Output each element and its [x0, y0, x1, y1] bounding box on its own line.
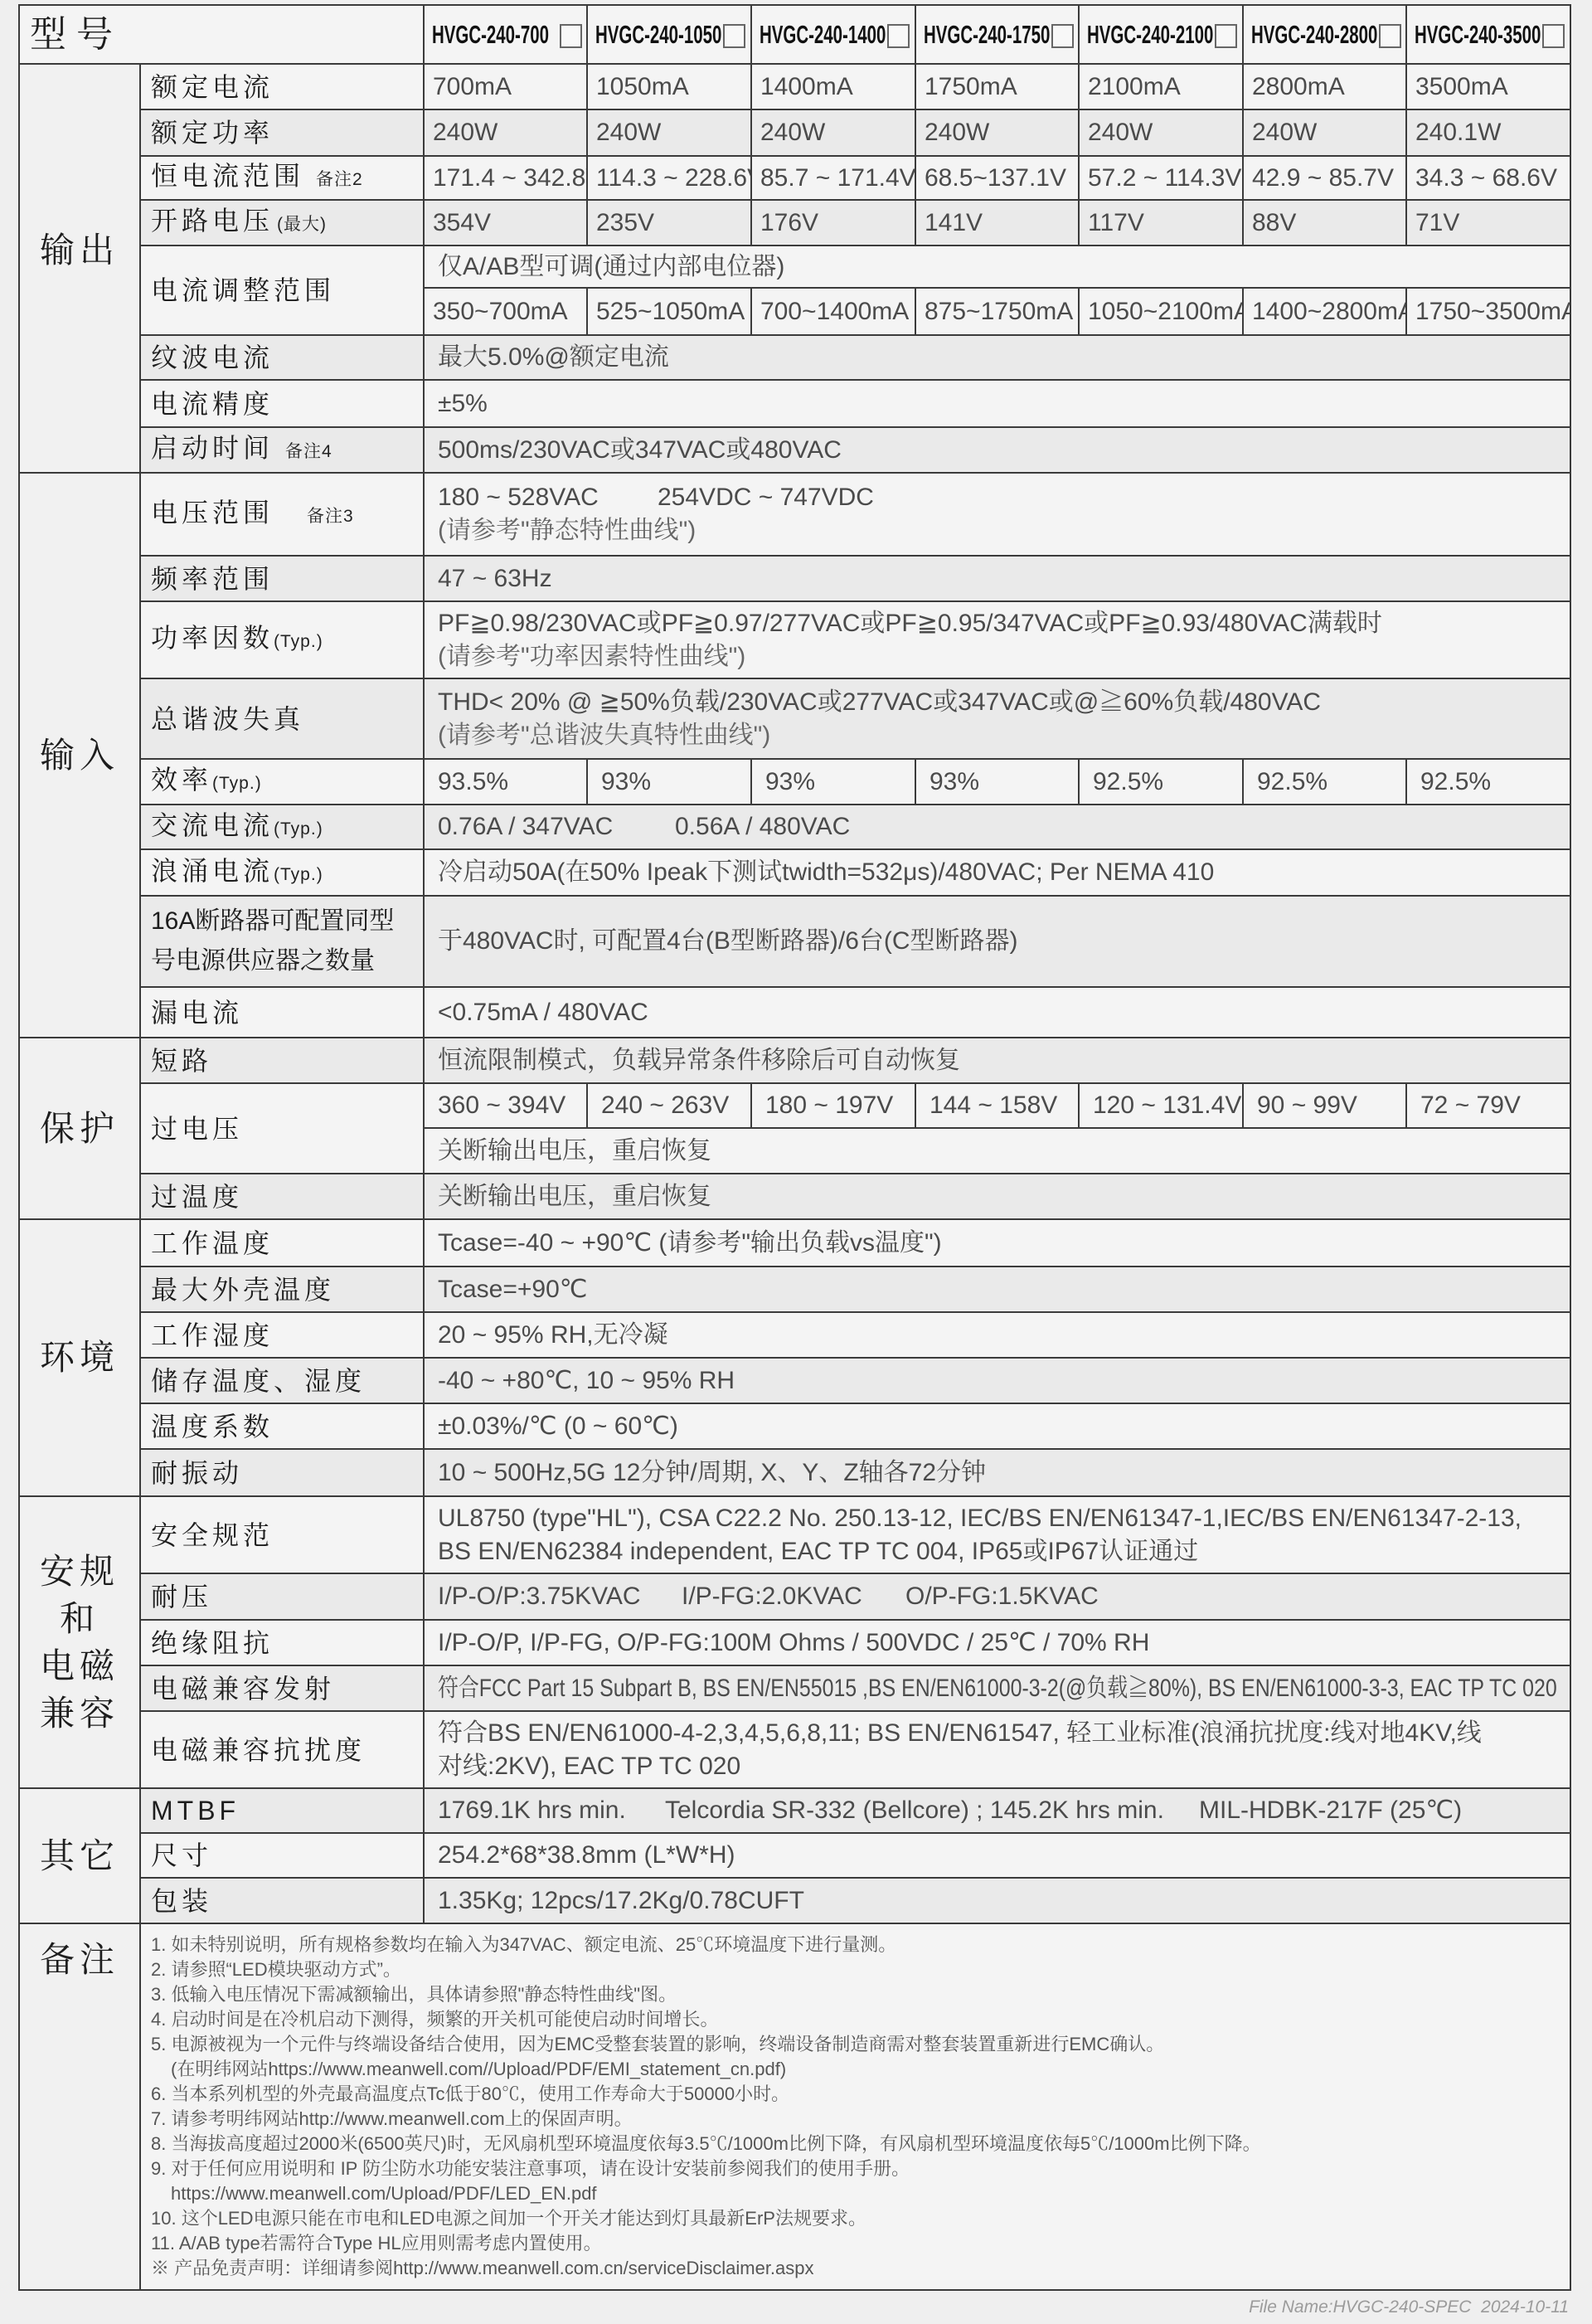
model-name: HVGC-240-1750 — [924, 21, 1050, 49]
model-cell: HVGC-240-3500 — [1406, 5, 1570, 64]
model-cell: HVGC-240-2100 — [1079, 5, 1243, 64]
section-notes: 备注 — [19, 1923, 140, 2290]
label-text: 额定功率 — [151, 118, 274, 148]
note-line: ※ 产品免责声明：详细请参阅http://www.meanwell.com.cn… — [151, 2256, 1570, 2281]
value-cell: 88V — [1243, 200, 1406, 246]
model-cell: HVGC-240-1750 — [915, 5, 1079, 64]
value-cell: 34.3 ~ 68.6V — [1406, 156, 1570, 200]
row-withstand-voltage: 耐压 I/P-O/P:3.75KVACI/P-FG:2.0KVACO/P-FG:… — [19, 1573, 1570, 1620]
value-cell: 2100mA — [1079, 64, 1243, 109]
value-cell: 180 ~ 197V — [751, 1083, 915, 1128]
value-cell: 180 ~ 528VAC254VDC ~ 747VDC (请参考"静态特性曲线"… — [424, 473, 1570, 556]
label-text: 效率 — [151, 765, 212, 795]
label-text: 交流电流 — [151, 810, 274, 840]
model-suffix-box-icon — [1215, 24, 1237, 48]
section-title-line: 和 — [20, 1595, 139, 1642]
value-cell: 360 ~ 394V — [424, 1083, 587, 1128]
row-label: 包装 — [140, 1878, 424, 1923]
value-cell: 93.5% — [424, 759, 587, 805]
model-suffix-box-icon — [1542, 24, 1565, 48]
value-cell: 85.7 ~ 171.4V — [751, 156, 915, 200]
label-text: 浪涌电流 — [151, 856, 274, 886]
row-label: 功率因数(Typ.) — [140, 601, 424, 678]
value-cell: ±0.03%/℃ (0 ~ 60℃) — [424, 1403, 1570, 1449]
note-text: 3. 低输入电压情况下需减额输出，具体请参照"静态特性曲线"图。 — [151, 1984, 677, 2005]
value-cell: 117V — [1079, 200, 1243, 246]
ac-current-347: 0.76A / 347VAC — [438, 813, 675, 841]
value-cell: 114.3 ~ 228.6V — [587, 156, 751, 200]
label-text: 耐压 — [151, 1582, 212, 1612]
row-over-voltage-values: 过电压 360 ~ 394V 240 ~ 263V 180 ~ 197V 144… — [19, 1083, 1570, 1128]
section-others: 其它 — [19, 1788, 140, 1923]
value-cell: 525~1050mA — [587, 288, 751, 335]
value-cell: UL8750 (type"HL"), CSA C22.2 No. 250.13-… — [424, 1496, 1570, 1573]
label-text: 最大外壳温度 — [151, 1275, 335, 1305]
row-label: 额定功率 — [140, 109, 424, 156]
value-cell: 235V — [587, 200, 751, 246]
label-text: 温度系数 — [151, 1412, 274, 1442]
label-note: 备注2 — [316, 170, 363, 189]
value-cell: 恒流限制模式，负载异常条件移除后可自动恢复 — [424, 1038, 1570, 1083]
row-label: 额定电流 — [140, 64, 424, 109]
label-note: (Typ.) — [212, 774, 262, 793]
row-short-circuit: 保护 短路 恒流限制模式，负载异常条件移除后可自动恢复 — [19, 1038, 1570, 1083]
label-text: 电流调整范围 — [151, 275, 335, 305]
row-label: 工作湿度 — [140, 1312, 424, 1358]
section-environment: 环境 — [19, 1219, 140, 1496]
row-label: 储存温度、湿度 — [140, 1358, 424, 1403]
value-cell: 354V — [424, 200, 587, 246]
model-name: HVGC-240-1400 — [760, 21, 886, 49]
label-text: 工作温度 — [151, 1228, 274, 1258]
reference-note: (请参考"总谐波失真特性曲线") — [438, 719, 1570, 752]
note-text: ) — [780, 2059, 786, 2079]
value-cell: 72 ~ 79V — [1406, 1083, 1570, 1128]
value-cell: 关断输出电压，重启恢复 — [424, 1174, 1570, 1219]
row-notes: 备注 1. 如未特别说明，所有规格参数均在输入为347VAC、额定电流、25℃环… — [19, 1923, 1570, 2290]
notes-cell: 1. 如未特别说明，所有规格参数均在输入为347VAC、额定电流、25℃环境温度… — [140, 1923, 1570, 2290]
value-cell: 68.5~137.1V — [915, 156, 1079, 200]
note-line: 1. 如未特别说明，所有规格参数均在输入为347VAC、额定电流、25℃环境温度… — [151, 1933, 1570, 1957]
label-note: (最大) — [277, 215, 327, 234]
value-line: 180 ~ 528VAC254VDC ~ 747VDC — [438, 481, 1570, 514]
label-note: 备注3 — [307, 507, 354, 526]
label-text: 电压范围 — [151, 498, 274, 528]
row-label: 交流电流(Typ.) — [140, 805, 424, 849]
section-title: 保护 — [40, 1109, 119, 1148]
value-cell: 93% — [751, 759, 915, 805]
reference-note: (请参考"功率因素特性曲线") — [438, 640, 1570, 673]
row-label: 尺寸 — [140, 1833, 424, 1878]
value-cell: 冷启动50A(在50% Ipeak下测试twidth=532μs)/480VAC… — [424, 849, 1570, 896]
row-label: 电流精度 — [140, 380, 424, 427]
label-text: 启动时间 — [151, 433, 274, 463]
note-text: 4. 启动时间是在冷机启动下测得，频繁的开关机可能使启动时间增长。 — [151, 2009, 718, 2030]
row-label: 频率范围 — [140, 556, 424, 601]
label-note: (Typ.) — [274, 632, 323, 651]
note-line: 11. A/AB type若需符合Type HL应用则需考虑内置使用。 — [151, 2231, 1570, 2256]
value-cell: 符合BS EN/EN61000-4-2,3,4,5,6,8,11; BS EN/… — [424, 1711, 1570, 1788]
value-cell: 最大5.0%@额定电流 — [424, 335, 1570, 380]
row-label: 效率(Typ.) — [140, 759, 424, 805]
value-cell: <0.75mA / 480VAC — [424, 987, 1570, 1038]
row-temp-coefficient: 温度系数 ±0.03%/℃ (0 ~ 60℃) — [19, 1403, 1570, 1449]
note-text: 8. 当海拔高度超过2000米(6500英尺)时，无风扇机型环境温度依每3.5℃… — [151, 2133, 1261, 2154]
row-label: 电压范围备注3 — [140, 473, 424, 556]
mtbf-mil: MIL-HDBK-217F (25℃) — [1199, 1796, 1462, 1825]
note-line: 5. 电源被视为一个元件与终端设备结合使用，因为EMC受整套装置的影响，终端设备… — [151, 2032, 1570, 2057]
note-text: (在明纬网站 — [171, 2059, 268, 2079]
row-max-case-temp: 最大外壳温度 Tcase=+90℃ — [19, 1267, 1570, 1312]
row-startup-time: 启动时间备注4 500ms/230VAC或347VAC或480VAC — [19, 427, 1570, 473]
value-cell: 1400mA — [751, 64, 915, 109]
row-storage: 储存温度、湿度 -40 ~ +80℃, 10 ~ 95% RH — [19, 1358, 1570, 1403]
note-line: 8. 当海拔高度超过2000米(6500英尺)时，无风扇机型环境温度依每3.5℃… — [151, 2132, 1570, 2156]
value-cell: 350~700mA — [424, 288, 587, 335]
model-header-row: 型号 HVGC-240-700 HVGC-240-1050 HVGC-240-1… — [19, 5, 1570, 64]
model-cell: HVGC-240-1050 — [587, 5, 751, 64]
row-inrush-current: 浪涌电流(Typ.) 冷启动50A(在50% Ipeak下测试twidth=53… — [19, 849, 1570, 896]
value-line: UL8750 (type"HL"), CSA C22.2 No. 250.13-… — [438, 1502, 1570, 1535]
row-rated-power: 额定功率 240W 240W 240W 240W 240W 240W 240.1… — [19, 109, 1570, 156]
section-title: 备注 — [40, 1940, 119, 1979]
row-ac-current: 交流电流(Typ.) 0.76A / 347VAC0.56A / 480VAC — [19, 805, 1570, 849]
value-line: 符合BS EN/EN61000-4-2,3,4,5,6,8,11; BS EN/… — [438, 1717, 1570, 1750]
value-cell: 1050mA — [587, 64, 751, 109]
row-label: 耐振动 — [140, 1449, 424, 1496]
label-text: 储存温度、湿度 — [151, 1366, 366, 1396]
model-suffix-box-icon — [723, 24, 745, 48]
row-over-temperature: 过温度 关断输出电压，重启恢复 — [19, 1174, 1570, 1219]
section-title: 其它 — [40, 1836, 119, 1875]
note-text: 5. 电源被视为一个元件与终端设备结合使用，因为EMC受整套装置的影响，终端设备… — [151, 2034, 1164, 2054]
value-cell: 71V — [1406, 200, 1570, 246]
row-label: 漏电流 — [140, 987, 424, 1038]
value-cell: -40 ~ +80℃, 10 ~ 95% RH — [424, 1358, 1570, 1403]
row-breaker-quantity: 16A断路器可配置同型号电源供应器之数量 于480VAC时, 可配置4台(B型断… — [19, 896, 1570, 987]
row-mtbf: 其它 MTBF 1769.1K hrs min.Telcordia SR-332… — [19, 1788, 1570, 1833]
row-frequency-range: 频率范围 47 ~ 63Hz — [19, 556, 1570, 601]
label-text: 功率因数 — [151, 623, 274, 653]
value-cell: 10 ~ 500Hz,5G 12分钟/周期, X、Y、Z轴各72分钟 — [424, 1449, 1570, 1496]
label-text: 16A断路器可配置同型 — [151, 902, 423, 941]
row-label: 短路 — [140, 1038, 424, 1083]
value-cell: 254.2*68*38.8mm (L*W*H) — [424, 1833, 1570, 1878]
label-text: 号电源供应器之数量 — [151, 941, 423, 981]
note-text: 11. A/AB type若需符合Type HL应用则需考虑内置使用。 — [151, 2233, 602, 2254]
model-label: 型号 — [30, 14, 123, 55]
section-title: 输入 — [40, 736, 119, 775]
label-text: 电流精度 — [151, 389, 274, 419]
value-cell: 92.5% — [1079, 759, 1243, 805]
value-cell: 57.2 ~ 114.3V — [1079, 156, 1243, 200]
note-line: 10. 这个LED电源只能在市电和LED电源之间加一个开关才能达到灯具最新ErP… — [151, 2206, 1570, 2231]
row-cc-range: 恒电流范围备注2 171.4 ~ 342.8V 114.3 ~ 228.6V 8… — [19, 156, 1570, 200]
row-isolation-resistance: 绝缘阻抗 I/P-O/P, I/P-FG, O/P-FG:100M Ohms /… — [19, 1620, 1570, 1665]
note-text: 1. 如未特别说明，所有规格参数均在输入为347VAC、额定电流、25℃环境温度… — [151, 1934, 896, 1955]
label-text: 过电压 — [151, 1114, 243, 1144]
row-label: 耐压 — [140, 1573, 424, 1620]
row-ripple-current: 纹波电流 最大5.0%@额定电流 — [19, 335, 1570, 380]
emi-statement-link[interactable]: https://www.meanwell.com//Upload/PDF/EMI… — [268, 2059, 779, 2079]
value-cell: I/P-O/P:3.75KVACI/P-FG:2.0KVACO/P-FG:1.5… — [424, 1573, 1570, 1620]
row-thd: 总谐波失真 THD< 20% @ ≧50%负载/230VAC或277VAC或34… — [19, 678, 1570, 759]
value-cell: 120 ~ 131.4V — [1079, 1083, 1243, 1128]
value-cell: 关断输出电压，重启恢复 — [424, 1128, 1570, 1174]
label-note: (Typ.) — [274, 819, 323, 839]
mtbf-telcordia: 1769.1K hrs min. — [438, 1796, 665, 1825]
value-cell: 240W — [1243, 109, 1406, 156]
row-label: 最大外壳温度 — [140, 1267, 424, 1312]
value-cell: 仅A/AB型可调(通过内部电位器) — [424, 246, 1570, 288]
value-cell: 141V — [915, 200, 1079, 246]
model-label-cell: 型号 — [19, 5, 424, 64]
value-cell: 92.5% — [1243, 759, 1406, 805]
value-cell: 240 ~ 263V — [587, 1083, 751, 1128]
label-note: (Typ.) — [274, 865, 323, 884]
row-emc-immunity: 电磁兼容抗扰度 符合BS EN/EN61000-4-2,3,4,5,6,8,11… — [19, 1711, 1570, 1788]
label-note: 备注4 — [285, 442, 332, 461]
value-cell: 1750mA — [915, 64, 1079, 109]
withstand-op-fg: O/P-FG:1.5KVAC — [905, 1583, 1099, 1611]
model-name: HVGC-240-2800 — [1251, 21, 1377, 49]
note-text: 2. 请参照“LED模块驱动方式”。 — [151, 1959, 401, 1980]
label-text: 包装 — [151, 1886, 212, 1916]
model-cell: HVGC-240-2800 — [1243, 5, 1406, 64]
value-cell: 93% — [587, 759, 751, 805]
value-line: PF≧0.98/230VAC或PF≧0.97/277VAC或PF≧0.95/34… — [438, 607, 1570, 640]
note-line: 4. 启动时间是在冷机启动下测得，频繁的开关机可能使启动时间增长。 — [151, 2007, 1570, 2032]
value-cell: 240W — [1079, 109, 1243, 156]
model-name: HVGC-240-2100 — [1087, 21, 1213, 49]
value-cell: Tcase=+90℃ — [424, 1267, 1570, 1312]
value-cell: 700~1400mA — [751, 288, 915, 335]
row-safety-standards: 安规 和 电磁 兼容 安全规范 UL8750 (type"HL"), CSA C… — [19, 1496, 1570, 1573]
value-cell: 875~1750mA — [915, 288, 1079, 335]
label-text: 频率范围 — [151, 564, 274, 594]
value-cell: 1050~2100mA — [1079, 288, 1243, 335]
section-title-line: 电磁 — [20, 1642, 139, 1690]
value-cell: 42.9 ~ 85.7V — [1243, 156, 1406, 200]
ac-range: 180 ~ 528VAC — [438, 481, 658, 514]
note-line: 7. 请参考明纬网站http://www.meanwell.com上的保固声明。 — [151, 2107, 1570, 2132]
row-current-accuracy: 电流精度 ±5% — [19, 380, 1570, 427]
note-line: 3. 低输入电压情况下需减额输出，具体请参照"静态特性曲线"图。 — [151, 1982, 1570, 2007]
section-title-line: 安规 — [20, 1548, 139, 1595]
row-rated-current: 输出 额定电流 700mA 1050mA 1400mA 1750mA 2100m… — [19, 64, 1570, 109]
note-text: 9. 对于任何应用说明和 IP 防尘防水功能安装注意事项，请在设计安装前参阅我们… — [151, 2158, 910, 2179]
section-output: 输出 — [19, 64, 140, 473]
model-name: HVGC-240-3500 — [1415, 21, 1541, 49]
value-cell: 92.5% — [1406, 759, 1570, 805]
row-label: 电磁兼容抗扰度 — [140, 1711, 424, 1788]
model-suffix-box-icon — [1379, 24, 1401, 48]
model-name: HVGC-240-700 — [432, 21, 549, 49]
model-cell: HVGC-240-700 — [424, 5, 587, 64]
value-line: THD< 20% @ ≧50%负载/230VAC或277VAC或347VAC或@… — [438, 686, 1570, 719]
label-text: 总谐波失真 — [151, 704, 304, 734]
disclaimer-link[interactable]: http://www.meanwell.com.cn/serviceDiscla… — [393, 2258, 813, 2278]
value-cell: 240W — [424, 109, 587, 156]
dc-range: 254VDC ~ 747VDC — [658, 481, 874, 514]
value-cell: I/P-O/P, I/P-FG, O/P-FG:100M Ohms / 500V… — [424, 1620, 1570, 1665]
label-text: MTBF — [151, 1796, 240, 1826]
row-label: 安全规范 — [140, 1496, 424, 1573]
label-text: 工作湿度 — [151, 1320, 274, 1350]
led-manual-link[interactable]: https://www.meanwell.com/Upload/PDF/LED_… — [171, 2183, 597, 2204]
row-vibration: 耐振动 10 ~ 500Hz,5G 12分钟/周期, X、Y、Z轴各72分钟 — [19, 1449, 1570, 1496]
row-leakage-current: 漏电流 <0.75mA / 480VAC — [19, 987, 1570, 1038]
value-cell: 240W — [915, 109, 1079, 156]
value-cell: 176V — [751, 200, 915, 246]
value-cell: 1.35Kg; 12pcs/17.2Kg/0.78CUFT — [424, 1878, 1570, 1923]
section-input: 输入 — [19, 473, 140, 1038]
value-cell: 240.1W — [1406, 109, 1570, 156]
model-name: HVGC-240-1050 — [595, 21, 721, 49]
row-dimension: 尺寸 254.2*68*38.8mm (L*W*H) — [19, 1833, 1570, 1878]
label-text: 过温度 — [151, 1182, 243, 1212]
row-label: 工作温度 — [140, 1219, 424, 1267]
value-cell: PF≧0.98/230VAC或PF≧0.97/277VAC或PF≧0.95/34… — [424, 601, 1570, 678]
value-cell: 47 ~ 63Hz — [424, 556, 1570, 601]
row-voltage-range: 输入 电压范围备注3 180 ~ 528VAC254VDC ~ 747VDC (… — [19, 473, 1570, 556]
row-label: 开路电压(最大) — [140, 200, 424, 246]
model-cell: HVGC-240-1400 — [751, 5, 915, 64]
label-text: 恒电流范围 — [151, 161, 304, 191]
row-efficiency: 效率(Typ.) 93.5% 93% 93% 93% 92.5% 92.5% 9… — [19, 759, 1570, 805]
note-line: 6. 当本系列机型的外壳最高温度点Tc低于80℃，使用工作寿命大于50000小时… — [151, 2082, 1570, 2107]
section-protection: 保护 — [19, 1038, 140, 1219]
note-line: (在明纬网站https://www.meanwell.com//Upload/P… — [151, 2057, 1570, 2082]
model-suffix-box-icon — [887, 24, 910, 48]
label-text: 电磁兼容发射 — [151, 1674, 335, 1704]
value-cell: 1750~3500mA — [1406, 288, 1570, 335]
value-cell: 171.4 ~ 342.8V — [424, 156, 587, 200]
label-text: 电磁兼容抗扰度 — [151, 1735, 366, 1765]
value-cell: 500ms/230VAC或347VAC或480VAC — [424, 427, 1570, 473]
label-text: 开路电压 — [151, 206, 274, 236]
section-safety-emc: 安规 和 电磁 兼容 — [19, 1496, 140, 1788]
row-label: 纹波电流 — [140, 335, 424, 380]
value-cell: 1400~2800mA — [1243, 288, 1406, 335]
model-suffix-box-icon — [560, 24, 582, 48]
withstand-ip-op: I/P-O/P:3.75KVAC — [438, 1583, 682, 1611]
value-cell: 700mA — [424, 64, 587, 109]
label-text: 漏电流 — [151, 998, 243, 1028]
row-label: 过温度 — [140, 1174, 424, 1219]
label-text: 短路 — [151, 1046, 212, 1076]
label-text: 绝缘阻抗 — [151, 1628, 274, 1658]
value-cell: 240W — [587, 109, 751, 156]
row-current-adj-summary: 电流调整范围 仅A/AB型可调(通过内部电位器) — [19, 246, 1570, 288]
note-text: ※ 产品免责声明：详细请参阅 — [151, 2258, 393, 2278]
row-label: MTBF — [140, 1788, 424, 1833]
value-cell: Tcase=-40 ~ +90℃ (请参考"输出负载vs温度") — [424, 1219, 1570, 1267]
section-title-line: 兼容 — [20, 1690, 139, 1737]
note-text: 7. 请参考明纬网站 — [151, 2108, 298, 2129]
note-text: 10. 这个LED电源只能在市电和LED电源之间加一个开关才能达到灯具最新ErP… — [151, 2208, 866, 2229]
row-working-humidity: 工作湿度 20 ~ 95% RH,无冷凝 — [19, 1312, 1570, 1358]
row-label: 启动时间备注4 — [140, 427, 424, 473]
value-cell: 144 ~ 158V — [915, 1083, 1079, 1128]
row-label: 恒电流范围备注2 — [140, 156, 424, 200]
row-packing: 包装 1.35Kg; 12pcs/17.2Kg/0.78CUFT — [19, 1878, 1570, 1923]
label-text: 额定电流 — [151, 72, 274, 102]
section-title: 输出 — [40, 231, 119, 270]
row-label: 电流调整范围 — [140, 246, 424, 335]
value-line: BS EN/EN62384 independent, EAC TP TC 004… — [438, 1535, 1570, 1568]
value-cell: 240W — [751, 109, 915, 156]
note-line: 9. 对于任何应用说明和 IP 防尘防水功能安装注意事项，请在设计安装前参阅我们… — [151, 2156, 1570, 2181]
value-cell: 符合FCC Part 15 Subpart B, BS EN/EN55015 ,… — [424, 1665, 1570, 1711]
mtbf-telcordia-ref: Telcordia SR-332 (Bellcore) ; 145.2K hrs… — [665, 1796, 1199, 1825]
label-text: 耐振动 — [151, 1458, 243, 1488]
value-cell: 3500mA — [1406, 64, 1570, 109]
model-suffix-box-icon — [1051, 24, 1074, 48]
row-label: 浪涌电流(Typ.) — [140, 849, 424, 896]
row-label: 过电压 — [140, 1083, 424, 1174]
row-working-temp: 环境 工作温度 Tcase=-40 ~ +90℃ (请参考"输出负载vs温度") — [19, 1219, 1570, 1267]
value-cell: 90 ~ 99V — [1243, 1083, 1406, 1128]
label-text: 纹波电流 — [151, 343, 274, 372]
value-cell: ±5% — [424, 380, 1570, 427]
row-label: 16A断路器可配置同型号电源供应器之数量 — [140, 896, 424, 987]
label-text: 尺寸 — [151, 1840, 212, 1870]
row-power-factor: 功率因数(Typ.) PF≧0.98/230VAC或PF≧0.97/277VAC… — [19, 601, 1570, 678]
row-open-circuit-voltage: 开路电压(最大) 354V 235V 176V 141V 117V 88V 71… — [19, 200, 1570, 246]
value-cell: 于480VAC时, 可配置4台(B型断路器)/6台(C型断路器) — [424, 896, 1570, 987]
note-text: 6. 当本系列机型的外壳最高温度点Tc低于80℃，使用工作寿命大于50000小时… — [151, 2083, 789, 2104]
value-line: 符合FCC Part 15 Subpart B, BS EN/EN55015 ,… — [438, 1675, 1557, 1703]
note-line: https://www.meanwell.com/Upload/PDF/LED_… — [151, 2181, 1570, 2206]
reference-note: (请参考"静态特性曲线") — [438, 514, 1570, 547]
value-cell: 93% — [915, 759, 1079, 805]
ac-current-480: 0.56A / 480VAC — [675, 813, 850, 841]
row-label: 温度系数 — [140, 1403, 424, 1449]
meanwell-website-link[interactable]: http://www.meanwell.com — [298, 2108, 504, 2129]
value-cell: 1769.1K hrs min.Telcordia SR-332 (Bellco… — [424, 1788, 1570, 1833]
row-label: 电磁兼容发射 — [140, 1665, 424, 1711]
file-name-footer: File Name:HVGC-240-SPEC 2024-10-11 — [1249, 2297, 1569, 2317]
value-cell: 20 ~ 95% RH,无冷凝 — [424, 1312, 1570, 1358]
section-title: 环境 — [40, 1338, 119, 1377]
row-emc-emission: 电磁兼容发射 符合FCC Part 15 Subpart B, BS EN/EN… — [19, 1665, 1570, 1711]
note-text: 上的保固声明。 — [505, 2108, 633, 2129]
row-label: 绝缘阻抗 — [140, 1620, 424, 1665]
value-line: 对线:2KV), EAC TP TC 020 — [438, 1750, 1570, 1783]
spec-table: 型号 HVGC-240-700 HVGC-240-1050 HVGC-240-1… — [18, 4, 1571, 2291]
note-line: 2. 请参照“LED模块驱动方式”。 — [151, 1957, 1570, 1982]
value-cell: 2800mA — [1243, 64, 1406, 109]
withstand-ip-fg: I/P-FG:2.0KVAC — [682, 1583, 905, 1611]
row-label: 总谐波失真 — [140, 678, 424, 759]
value-cell: 0.76A / 347VAC0.56A / 480VAC — [424, 805, 1570, 849]
label-text: 安全规范 — [151, 1520, 274, 1550]
value-cell: THD< 20% @ ≧50%负载/230VAC或277VAC或347VAC或@… — [424, 678, 1570, 759]
